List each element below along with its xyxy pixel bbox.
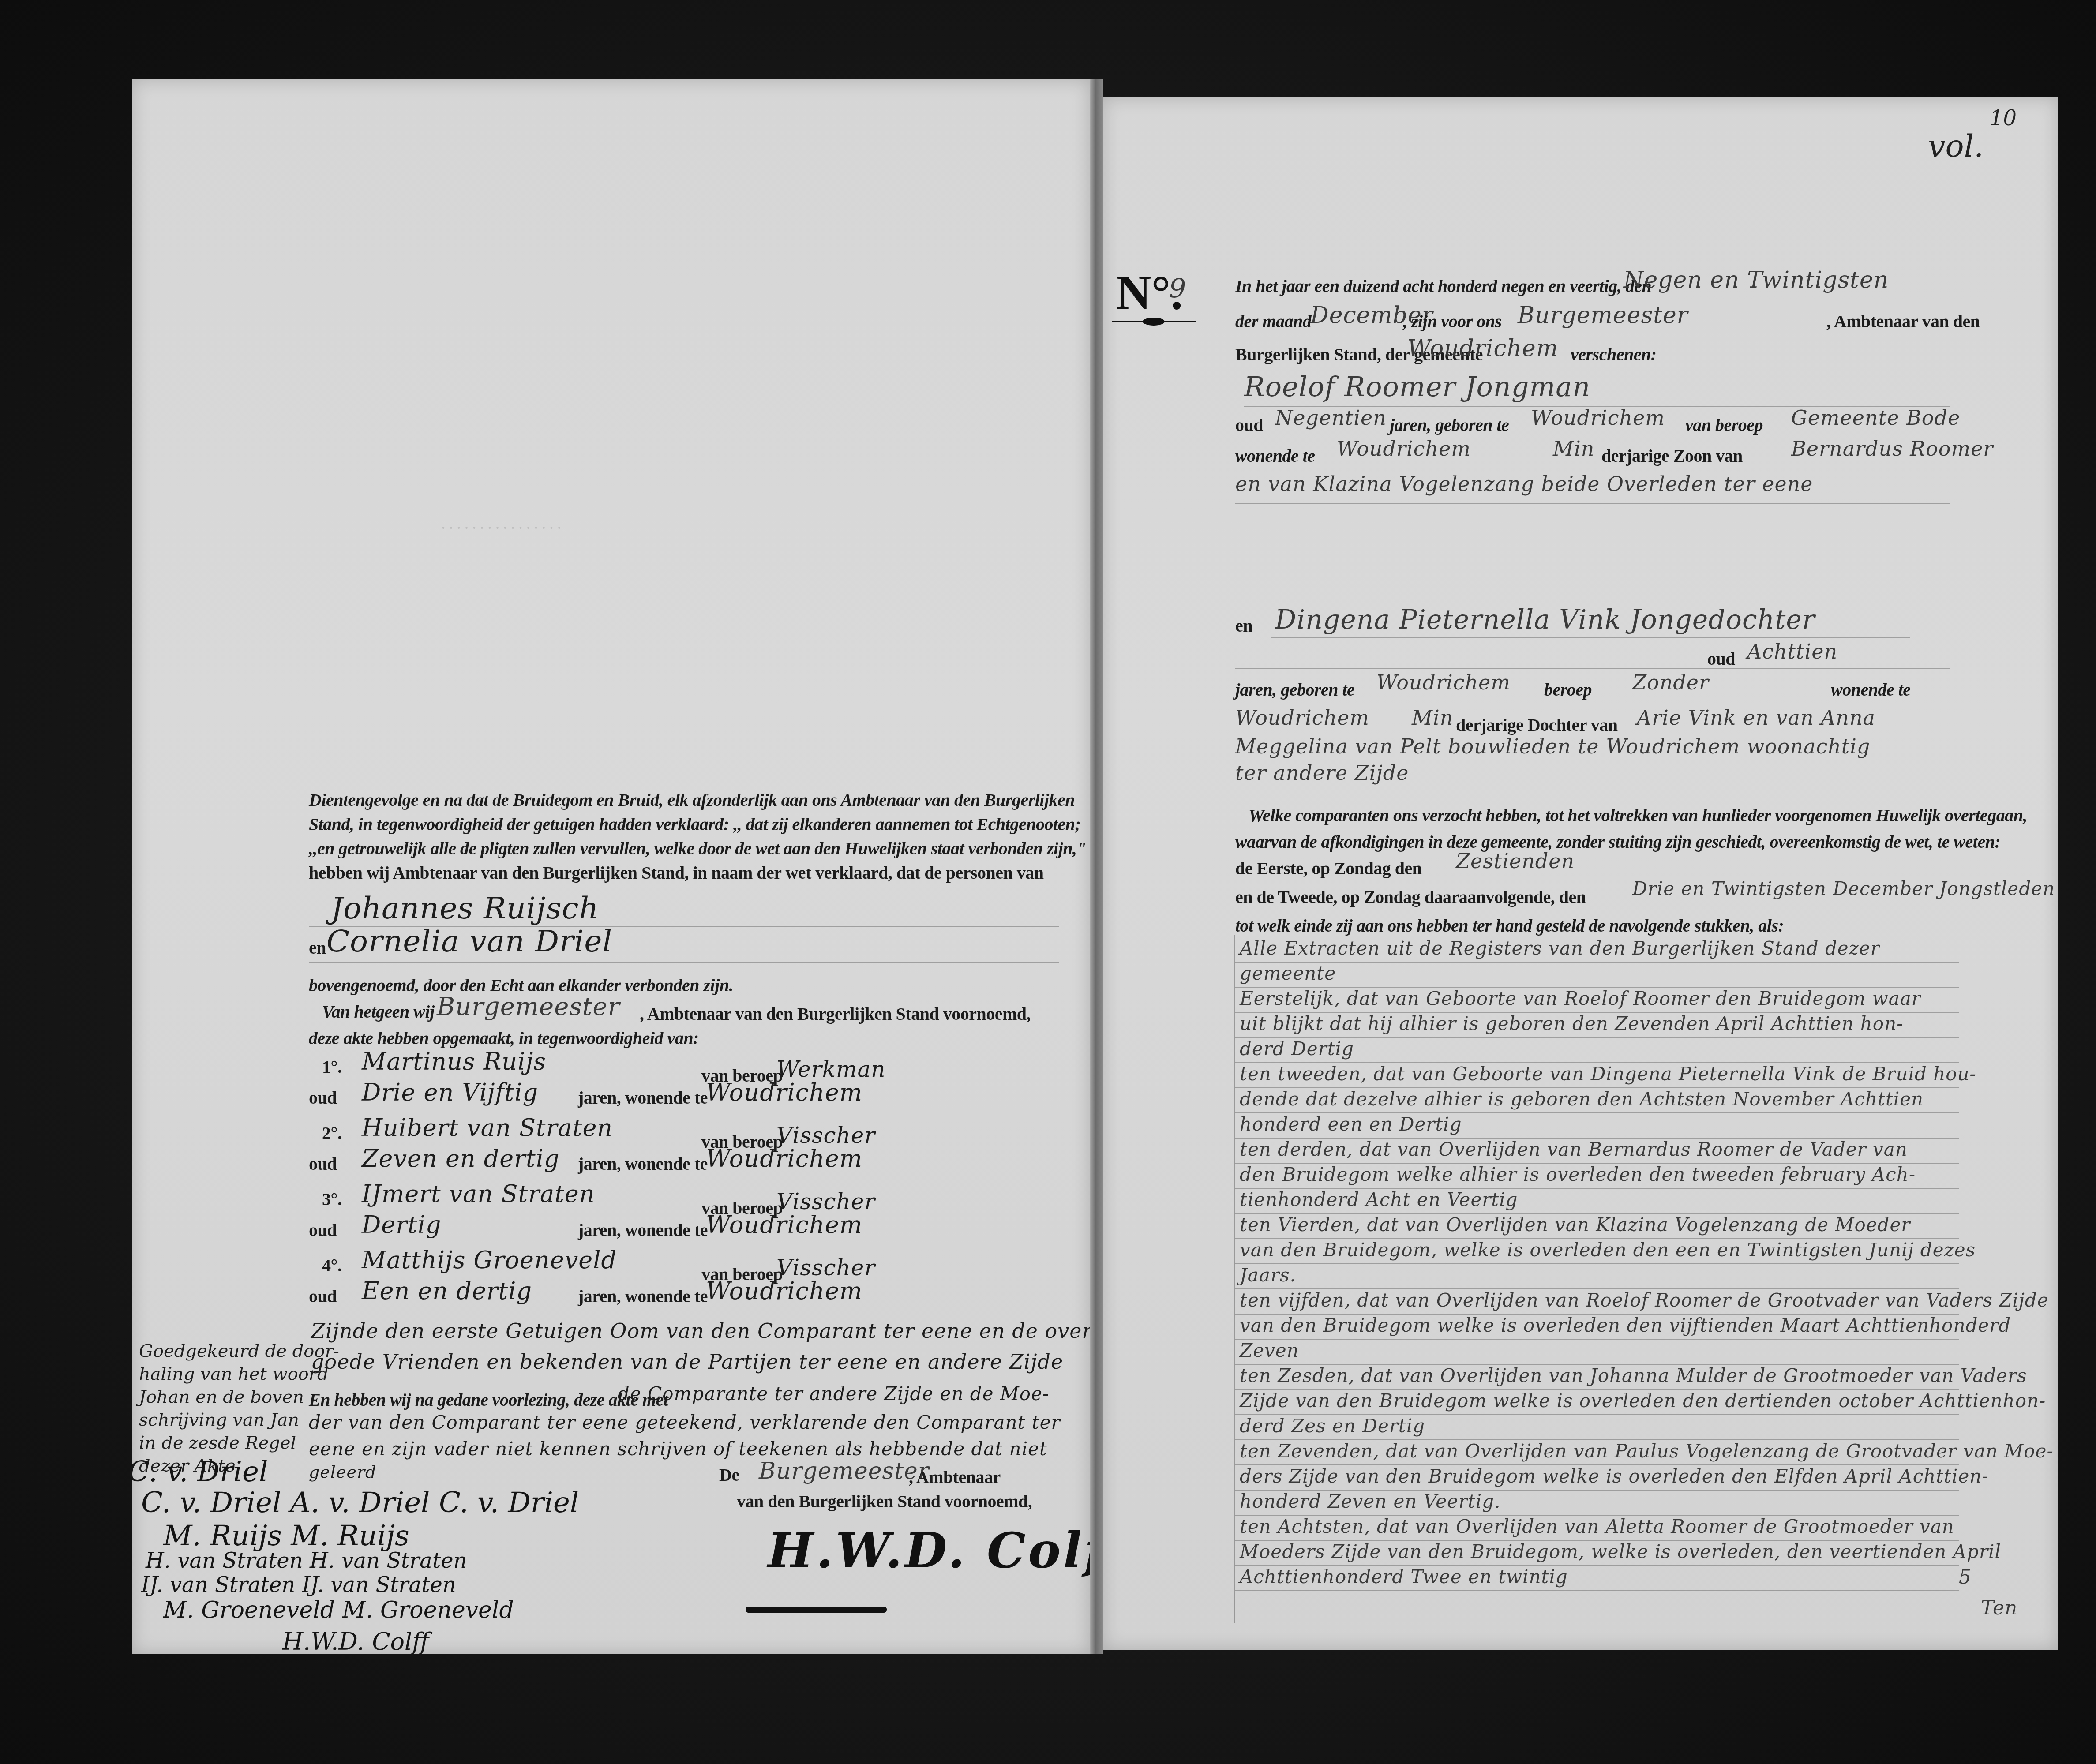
header-municipality: Woudrichem [1407,335,1558,362]
groom-age: Negentien [1275,406,1387,430]
document-entry-line: derd Dertig [1240,1038,1354,1060]
margin-rule [1234,935,1235,1623]
document-entry-line: ten tweeden, dat van Geboorte van Dingen… [1240,1063,1976,1085]
reading-text-1: de Comparante ter andere Zijde en de Moe… [618,1383,1049,1404]
folio-number: 10 [1990,106,2017,131]
witness-number: 4°. [322,1255,342,1276]
closing-text-1: Dientengevolge en na dat de Bruidegom en… [309,790,1075,810]
margin-note-line: in de zesde Regel [139,1433,296,1453]
document-entry-line: ten Vierden, dat van Overlijden van Klaz… [1240,1214,1910,1236]
document-entry-line: van den Bruidegom welke is overleden den… [1240,1315,2011,1336]
document-entry-line: ten Zesden, dat van Overlijden van Johan… [1240,1365,2027,1386]
eerste-date: Zestienden [1456,849,1575,873]
oud-label: oud [309,1286,337,1307]
van-hetgeen-prefix: Van hetgeen wij [322,1001,435,1022]
reading-text-4: geleerd [309,1462,376,1482]
signature-driel-row: C. v. Driel A. v. Driel C. v. Driel [141,1487,579,1519]
eerste-label: de Eerste, op Zondag den [1235,858,1422,879]
signoff-stand: van den Burgerlijken Stand voornoemd, [737,1491,1032,1512]
closing-text-3: ,,en getrouwelijk alle de pligten zullen… [309,838,1086,859]
signature-c-v-driel: C. v. Driel [128,1456,268,1488]
tweede-label: en de Tweede, op Zondag daaraanvolgende,… [1235,887,1586,907]
margin-note-line: Goedgekeurd de door- [139,1341,339,1361]
document-entry-line: den Bruidegom welke alhier is overleden … [1240,1164,1916,1185]
witness-name: IJmert van Straten [362,1180,595,1208]
signoff-de: De [719,1464,739,1485]
bride-age: Achttien [1747,640,1837,663]
marriage-day: Negen en Twintigsten [1624,267,1889,293]
document-entry-line: ten Zevenden, dat van Overlijden van Pau… [1240,1440,2054,1462]
ruled-line [309,962,1059,963]
right-page: vol. 10 N°. 9 In het jaar een duizend ac… [1103,97,2058,1650]
jaren-wonende-label: jaren, wonende te [578,1220,708,1240]
oud-label: oud [309,1087,337,1108]
reading-prefix: En hebben wij na gedane voorlezing, deze… [309,1389,668,1410]
witness-relation-1: Zijnde den eerste Getuigen Oom van den C… [311,1319,1139,1343]
groom-father: Bernardus Roomer [1791,437,1993,461]
signature-underline [746,1607,887,1613]
signature-ruijs: M. Ruijs M. Ruijs [163,1520,409,1552]
witness-age: Drie en Vijftig [362,1079,538,1106]
proclamation-line-2: waarvan de afkondigingen in deze gemeent… [1235,831,2000,852]
witness-number: 1°. [322,1056,342,1077]
groom-name: Johannes Ruijsch [331,891,599,926]
document-entry-line: Eerstelijk, dat van Geboorte van Roelof … [1240,988,1921,1009]
page-footer-mark: 5 [1959,1566,1972,1588]
signoff-title: Burgemeester [759,1458,930,1484]
witness-relation-2: goede Vrienden en bekenden van de Partij… [311,1350,1063,1374]
ruled-line [1235,503,1950,504]
margin-note-line: schrijving van Jan [139,1410,299,1430]
document-entry-line: Zeven [1240,1340,1299,1361]
groom-minderjarig-hand: Min [1553,437,1594,461]
header-line-1: In het jaar een duizend acht honderd neg… [1235,276,1651,296]
bride-parents-line2: Meggelina van Pelt bouwlieden te Woudric… [1235,734,1870,758]
jaren-wonende-label: jaren, wonende te [578,1087,708,1108]
bleed-through-text: · · · · · · · · · · · · · · · · [441,521,562,536]
act-number: 9 [1169,273,1186,304]
groom-wonende-label: wonende te [1235,446,1315,466]
groom-residence: Woudrichem [1337,437,1471,461]
ruled-line [1235,1339,1959,1340]
document-entry-line: Alle Extracten uit de Registers van den … [1240,937,1880,959]
ornament-divider [1112,318,1196,326]
document-entry-line: Achttienhonderd Twee en twintig [1240,1566,1568,1588]
groom-birthplace: Woudrichem [1531,406,1665,430]
bride-oud-label: oud [1707,648,1735,669]
document-entry-line: honderd een en Dertig [1240,1113,1462,1135]
groom-geboren-label: jaren, geboren te [1390,415,1509,435]
document-entry-line: uit blijkt dat hij alhier is geboren den… [1240,1013,1903,1034]
signature-h-van-straten: H. van Straten H. van Straten [146,1548,467,1573]
header-verschenen: verschenen: [1571,344,1656,365]
reading-text-3: eene en zijn vader niet kennen schrijven… [309,1438,1047,1460]
document-entry-line: dende dat dezelve alhier is geboren den … [1240,1088,1924,1110]
oud-label: oud [309,1154,337,1174]
witness-residence: Woudrichem [706,1145,862,1172]
witness-age: Dertig [362,1211,442,1239]
bride-geboren-label: jaren, geboren te [1235,679,1354,700]
bride-beroep-label: beroep [1544,679,1592,700]
jaren-wonende-label: jaren, wonende te [578,1286,708,1307]
tweede-date: Drie en Twintigsten December Jongstleden [1632,878,2055,899]
groom-full-name: Roelof Roomer Jongman [1244,371,1590,403]
bride-name: Cornelia van Driel [326,924,612,959]
witness-residence: Woudrichem [706,1211,862,1239]
bride-birthplace: Woudrichem [1376,670,1511,694]
bride-residence: Woudrichem [1235,706,1369,730]
van-hetgeen-suffix: , Ambtenaar van den Burgerlijken Stand v… [640,1004,1031,1024]
bride-minderjarig-label: derjarige Dochter van [1456,715,1617,735]
witness-number: 2°. [322,1123,342,1143]
witness-residence: Woudrichem [706,1277,862,1305]
document-entry-line: ten derden, dat van Overlijden van Berna… [1240,1139,1908,1160]
groom-parents-line2: en van Klazina Vogelenzang beide Overled… [1235,472,1813,496]
bride-parents: Arie Vink en van Anna [1637,706,1875,730]
document-entry-line: derd Zes en Dertig [1240,1415,1425,1437]
document-entry-line: Jaars. [1240,1264,1296,1286]
witness-residence: Woudrichem [706,1079,862,1106]
der-maand-label: der maand [1235,311,1311,332]
signature-colff-small: H.W.D. Colff [282,1628,429,1655]
bride-en-label: en [1235,615,1252,636]
witness-age: Een en dertig [362,1277,532,1305]
signoff-ambtenaar: , Ambtenaar [909,1467,1001,1487]
groom-occupation: Gemeente Bode [1791,406,1960,430]
bride-parents-line3: ter andere Zijde [1235,761,1409,785]
header-ambtenaar: , Ambtenaar van den [1826,311,1980,332]
reading-text-2: der van den Comparant ter eene geteekend… [309,1412,1061,1433]
akte-line: deze akte hebben opgemaakt, in tegenwoor… [309,1028,699,1049]
ruled-line [1235,962,1959,963]
document-entry-line: ten vijfden, dat van Overlijden van Roel… [1240,1289,2049,1311]
document-entry-line: tienhonderd Acht en Veertig [1240,1189,1518,1210]
ruled-line [1235,1263,1959,1264]
document-entry-line: honderd Zeven en Veertig. [1240,1491,1501,1512]
witness-name: Martinus Ruijs [362,1048,546,1075]
witness-name: Matthijs Groeneveld [362,1246,617,1274]
oud-label: oud [309,1220,337,1240]
bride-full-name: Dingena Pieternella Vink Jongedochter [1275,604,1815,635]
margin-note-line: haling van het woord [139,1364,329,1384]
closing-text-2: Stand, in tegenwoordigheid der getuigen … [309,814,1080,835]
header-official: Burgemeester [1518,302,1688,329]
closing-text-4: hebben wij Ambtenaar van den Burgerlijke… [309,862,1044,883]
signature-groeneveld: M. Groeneveld M. Groeneveld [163,1597,514,1623]
groom-oud-label: oud [1235,415,1263,435]
proclamation-line-1: Welke comparanten ons verzocht hebben, t… [1249,805,2027,826]
document-entry-line: ders Zijde van den Bruidegom welke is ov… [1240,1465,1989,1487]
witness-age: Zeven en dertig [362,1145,560,1172]
document-entry-line: ten Achtsten, dat van Overlijden van Ale… [1240,1516,1954,1537]
witness-number: 3°. [322,1189,342,1210]
document-entry-line: gemeente [1240,963,1336,984]
ruled-line [1235,1590,1959,1591]
official-signature: H.W.D. Colff [768,1522,1131,1579]
folio-mark: vol. [1928,128,1984,164]
left-page: · · · · · · · · · · · · · · · · Dienteng… [132,79,1090,1654]
catchword: Ten [1981,1597,2017,1619]
document-entry-line: Zijde van den Bruidegom welke is overled… [1240,1390,2046,1412]
stukken-label: tot welk einde zij aan ons hebben ter ha… [1235,915,1784,936]
document-entry-line: Moeders Zijde van den Bruidegom, welke i… [1240,1541,2001,1562]
bride-wonende-label: wonende te [1831,679,1911,700]
groom-minderjarig-label: derjarige Zoon van [1601,446,1743,466]
bride-minderjarig-hand: Min [1412,706,1453,730]
jaren-wonende-label: jaren, wonende te [578,1154,708,1174]
official-title: Burgemeester [437,992,620,1021]
ruled-line [1231,790,1954,790]
document-entry-line: van den Bruidegom, welke is overleden de… [1240,1239,1976,1261]
zijn-voor-ons: , zijn voor ons [1403,311,1502,332]
book-spine [1090,79,1103,1654]
witness-name: Huibert van Straten [362,1114,613,1142]
ruled-line [1271,637,1910,638]
en-label: en [309,937,326,958]
groom-beroep-label: van beroep [1685,415,1763,435]
margin-note-line: Johan en de boven [139,1387,304,1407]
ruled-line [1235,668,1950,669]
bride-occupation: Zonder [1632,670,1709,694]
signature-ij-van-straten: IJ. van Straten IJ. van Straten [141,1573,456,1597]
